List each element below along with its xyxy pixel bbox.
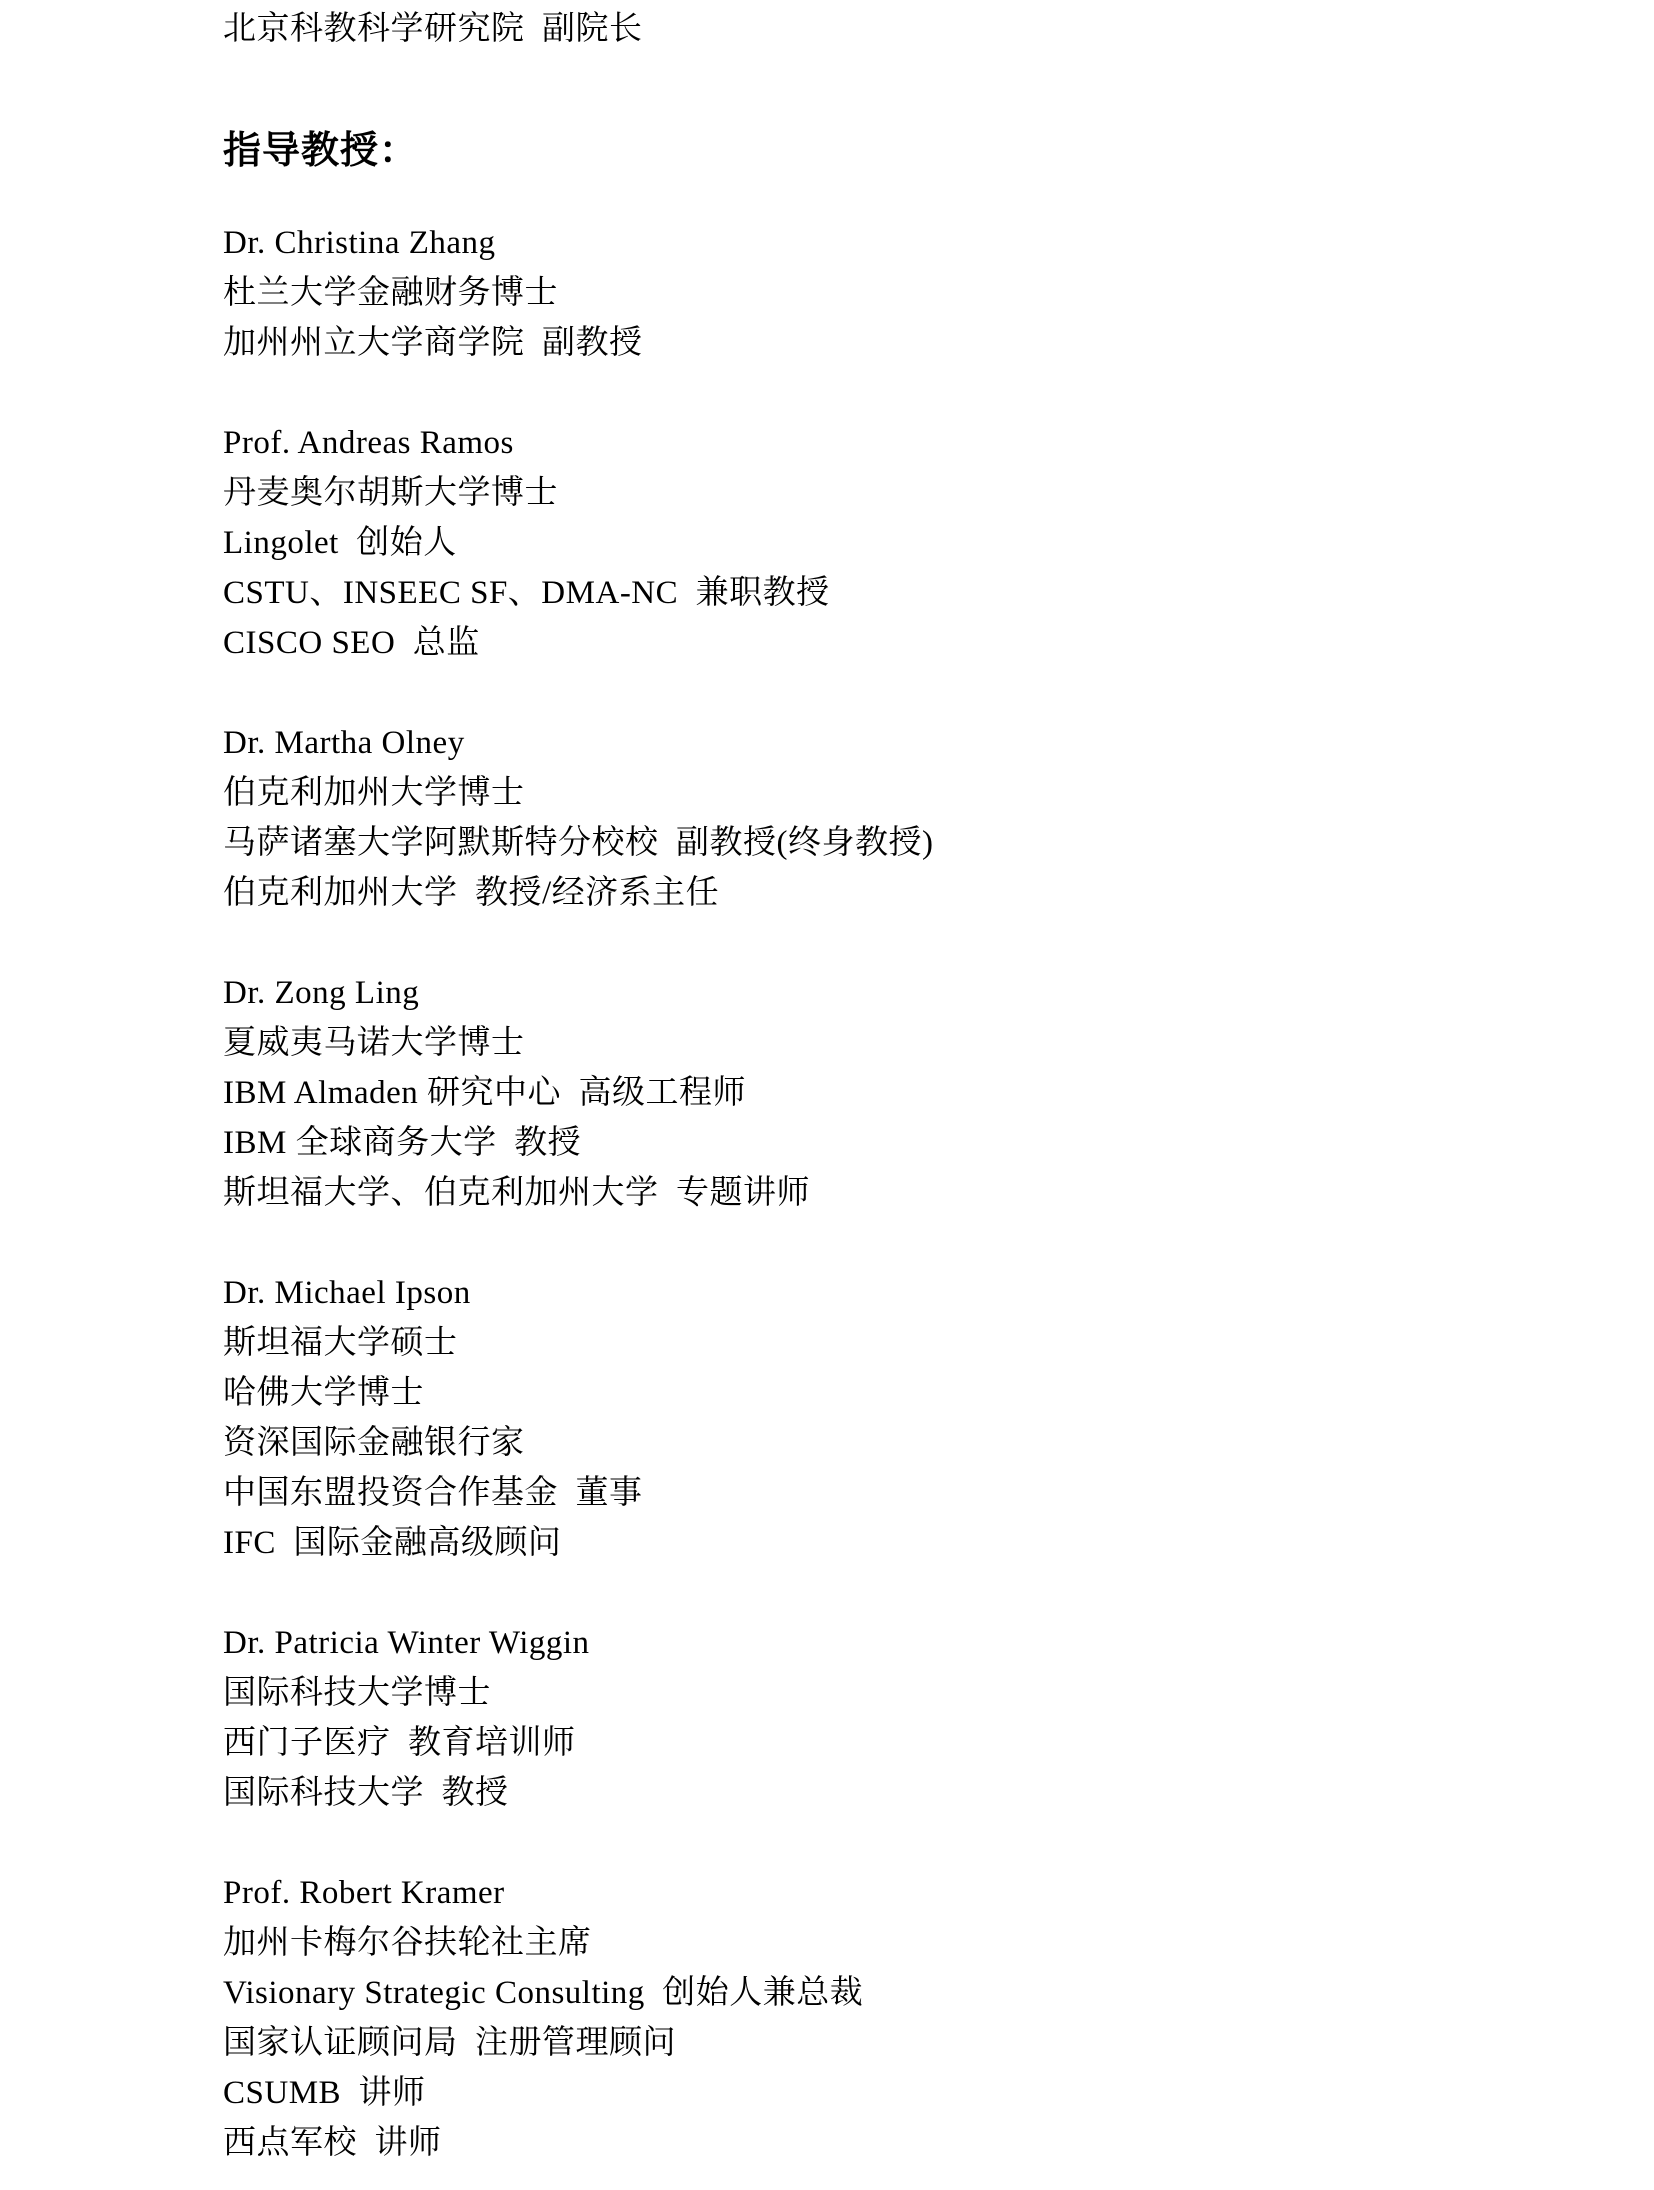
professor-detail: 加州州立大学商学院 副教授 [223, 318, 1584, 368]
professor-name: Dr. Zong Ling [223, 968, 1584, 1018]
professor-detail: 斯坦福大学硕士 [223, 1318, 1584, 1368]
professor-detail: 加州卡梅尔谷扶轮社主席 [223, 1918, 1584, 1968]
professor-detail: 西点军校 讲师 [223, 2118, 1584, 2168]
professor-list: Dr. Christina Zhang 杜兰大学金融财务博士 加州州立大学商学院… [223, 218, 1584, 2168]
professor-detail: 伯克利加州大学 教授/经济系主任 [223, 868, 1584, 918]
professor-detail: 杜兰大学金融财务博士 [223, 268, 1584, 318]
professor-entry: Prof. Andreas Ramos 丹麦奥尔胡斯大学博士 Lingolet … [223, 418, 1584, 668]
section-heading: 指导教授： [223, 122, 1584, 180]
professor-detail: 马萨诸塞大学阿默斯特分校校 副教授(终身教授) [223, 818, 1584, 868]
professor-detail: 西门子医疗 教育培训师 [223, 1718, 1584, 1768]
professor-detail: 斯坦福大学、伯克利加州大学 专题讲师 [223, 1168, 1584, 1218]
professor-entry: Prof. Robert Kramer 加州卡梅尔谷扶轮社主席 Visionar… [223, 1868, 1584, 2168]
professor-detail: 伯克利加州大学博士 [223, 768, 1584, 818]
professor-entry: Dr. Patricia Winter Wiggin 国际科技大学博士 西门子医… [223, 1618, 1584, 1818]
professor-entry: Dr. Michael Ipson 斯坦福大学硕士 哈佛大学博士 资深国际金融银… [223, 1268, 1584, 1568]
professor-name: Prof. Andreas Ramos [223, 418, 1584, 468]
professor-detail: Visionary Strategic Consulting 创始人兼总裁 [223, 1968, 1584, 2018]
professor-detail: CSUMB 讲师 [223, 2068, 1584, 2118]
professor-name: Dr. Patricia Winter Wiggin [223, 1618, 1584, 1668]
professor-detail: IFC 国际金融高级顾问 [223, 1518, 1584, 1568]
professor-detail: IBM Almaden 研究中心 高级工程师 [223, 1068, 1584, 1118]
professor-detail: 中国东盟投资合作基金 董事 [223, 1468, 1584, 1518]
professor-detail: 国际科技大学 教授 [223, 1768, 1584, 1818]
professor-detail: 丹麦奥尔胡斯大学博士 [223, 468, 1584, 518]
professor-entry: Dr. Martha Olney 伯克利加州大学博士 马萨诸塞大学阿默斯特分校校… [223, 718, 1584, 918]
professor-entry: Dr. Christina Zhang 杜兰大学金融财务博士 加州州立大学商学院… [223, 218, 1584, 368]
professor-detail: 国际科技大学博士 [223, 1668, 1584, 1718]
professor-detail: 夏威夷马诺大学博士 [223, 1018, 1584, 1068]
professor-name: Dr. Christina Zhang [223, 218, 1584, 268]
professor-entry: Dr. Zong Ling 夏威夷马诺大学博士 IBM Almaden 研究中心… [223, 968, 1584, 1218]
professor-name: Dr. Martha Olney [223, 718, 1584, 768]
professor-detail: 国家认证顾问局 注册管理顾问 [223, 2018, 1584, 2068]
professor-detail: CSTU、INSEEC SF、DMA-NC 兼职教授 [223, 568, 1584, 618]
professor-name: Prof. Robert Kramer [223, 1868, 1584, 1918]
document-page: 北京科教科学研究院 副院长 指导教授： Dr. Christina Zhang … [0, 0, 1654, 2190]
professor-detail: 哈佛大学博士 [223, 1368, 1584, 1418]
professor-detail: Lingolet 创始人 [223, 518, 1584, 568]
carryover-line: 北京科教科学研究院 副院长 [223, 4, 1584, 54]
professor-name: Dr. Michael Ipson [223, 1268, 1584, 1318]
professor-detail: 资深国际金融银行家 [223, 1418, 1584, 1468]
professor-detail: CISCO SEO 总监 [223, 618, 1584, 668]
professor-detail: IBM 全球商务大学 教授 [223, 1118, 1584, 1168]
